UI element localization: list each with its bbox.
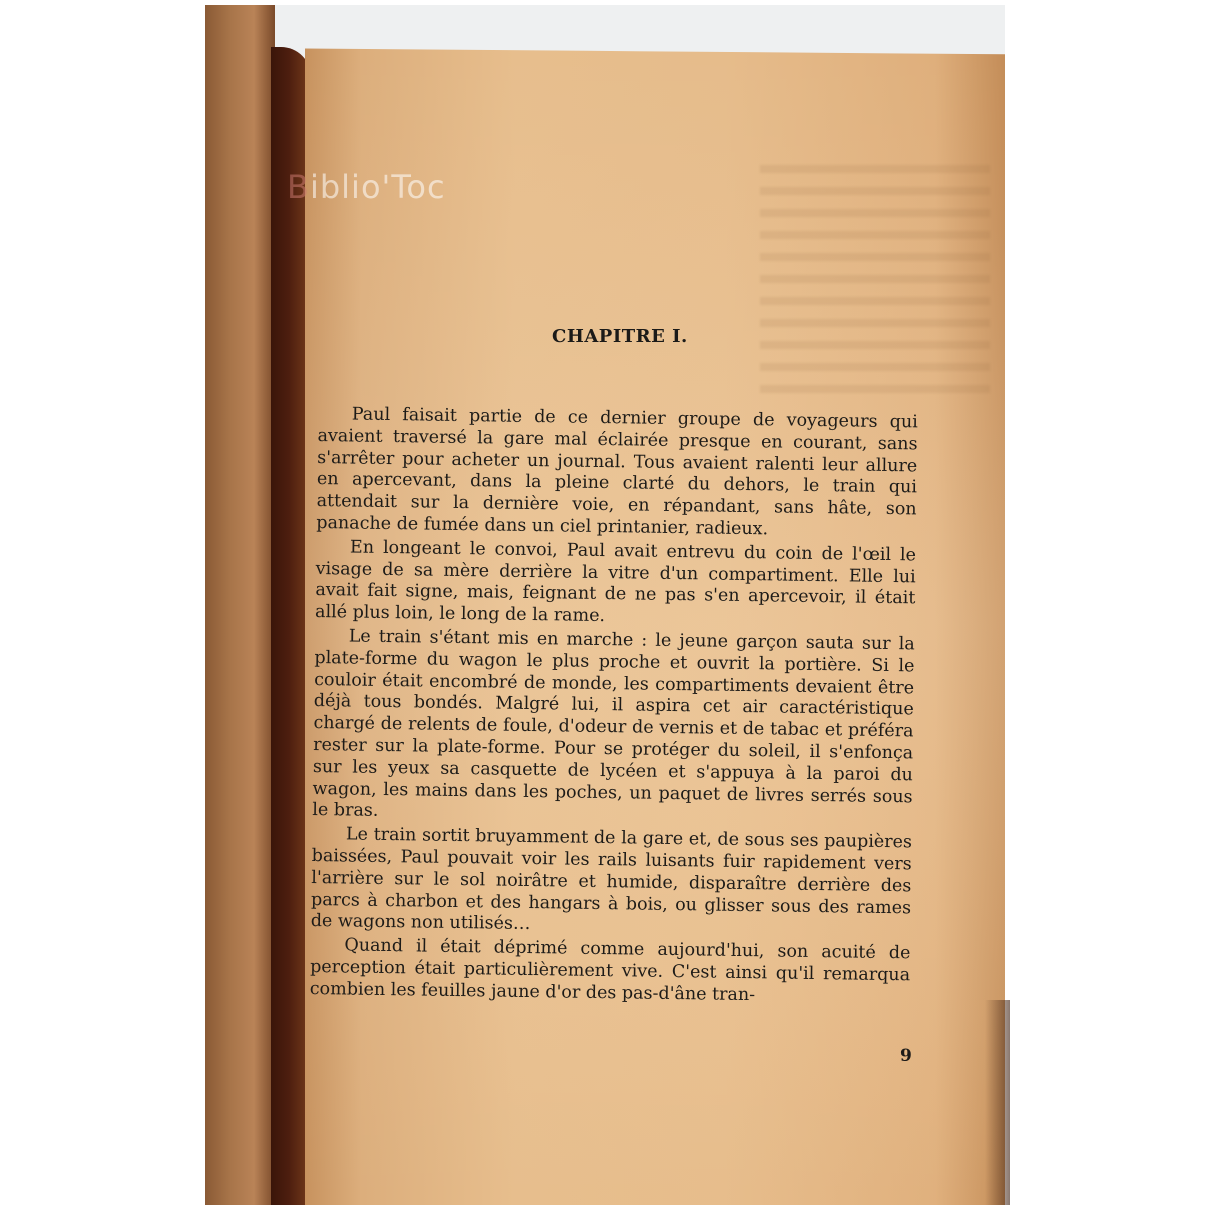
thumb-shadow <box>985 1000 1010 1205</box>
book-cover-edge <box>205 5 275 1205</box>
page-number: 9 <box>900 1046 912 1066</box>
body-text: Paul faisait partie de ce dernier groupe… <box>310 404 918 1011</box>
paragraph: Le train s'étant mis en marche : le jeun… <box>312 626 915 831</box>
paragraph: Le train sortit bruyamment de la gare et… <box>311 824 912 941</box>
paragraph: Quand il était déprimé comme aujourd'hui… <box>310 935 911 1009</box>
chapter-title: CHAPITRE I. <box>552 326 688 347</box>
paragraph: En longeant le convoi, Paul avait entrev… <box>315 537 916 633</box>
paragraph: Paul faisait partie de ce dernier groupe… <box>316 404 918 543</box>
watermark: Biblio'Toc <box>287 168 446 206</box>
show-through-text <box>760 165 990 405</box>
